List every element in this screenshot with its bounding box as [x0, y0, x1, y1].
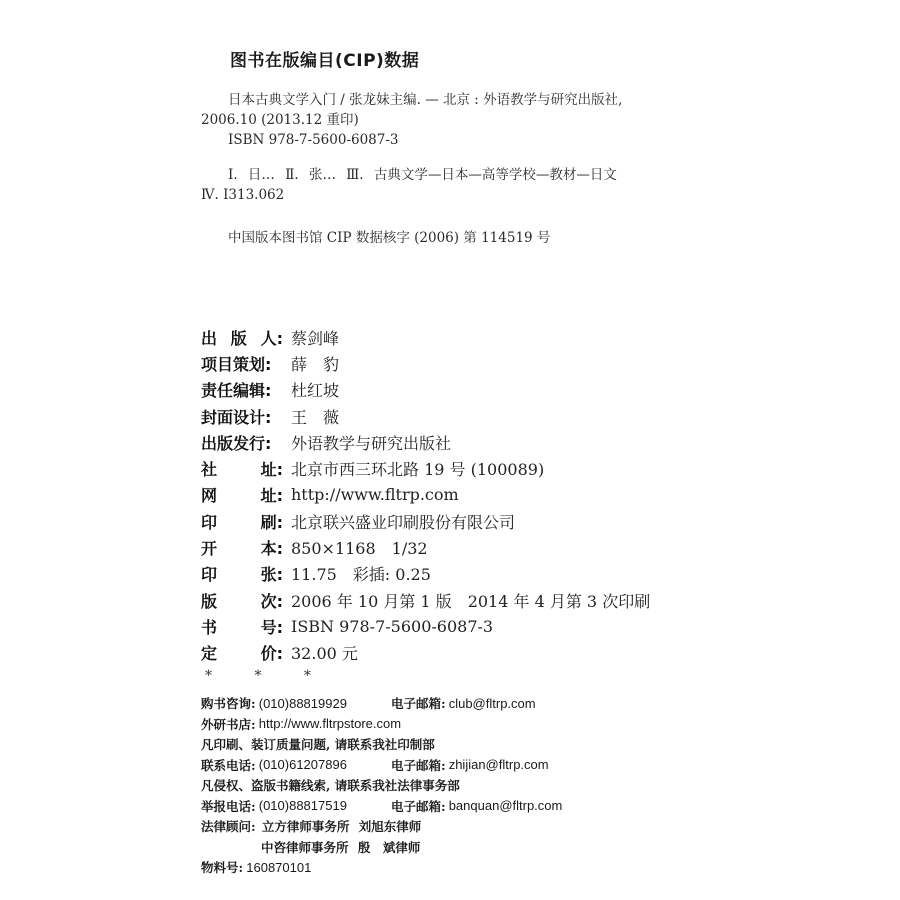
- contact-row-store: 外研书店: http://www.fltrpstore.com: [201, 714, 562, 735]
- colophon-value: 北京联兴盛业印刷股份有限公司: [291, 510, 515, 533]
- legal-lawyer: 刘旭东律师: [359, 817, 422, 835]
- contact-label: 外研书店:: [201, 715, 256, 733]
- colophon-value: 杜红坡: [291, 378, 339, 401]
- cip-isbn-line: ISBN 978-7-5600-6087-3: [201, 130, 622, 150]
- cip-check-number: 中国版本图书馆 CIP 数据核字 (2006) 第 114519 号: [201, 228, 550, 248]
- colophon-row-printer: 印刷: 北京联兴盛业印刷股份有限公司: [201, 508, 650, 534]
- contact-label: 举报电话:: [201, 797, 256, 815]
- cip-check-text: 中国版本图书馆 CIP 数据核字 (2006) 第 114519 号: [201, 228, 550, 248]
- colophon-key: 印张:: [201, 562, 283, 585]
- colophon-key: 开本:: [201, 536, 283, 559]
- quality-email-link[interactable]: zhijian@fltrp.com: [449, 757, 549, 772]
- contact-label: 电子邮箱:: [391, 797, 446, 815]
- colophon-row-format: 开本: 850×1168 1/32: [201, 534, 650, 560]
- colophon-row-distributor: 出版发行: 外语教学与研究出版社: [201, 429, 650, 455]
- colophon-key: 项目策划:: [201, 352, 291, 375]
- colophon-value: 2006 年 10 月第 1 版 2014 年 4 月第 3 次印刷: [291, 589, 650, 612]
- contact-row-quality-contact: 联系电话: (010)61207896 电子邮箱: zhijian@fltrp.…: [201, 755, 562, 776]
- colophon-value: 外语教学与研究出版社: [291, 431, 451, 454]
- colophon-key: 书号:: [201, 615, 283, 638]
- report-email-link[interactable]: banquan@fltrp.com: [449, 798, 563, 813]
- colophon-row-publisher: 出版人: 蔡剑峰: [201, 324, 650, 350]
- cip-classification-line: Ⅳ. I313.062: [201, 185, 617, 205]
- contact-label: 联系电话:: [201, 756, 256, 774]
- report-phone: (010)88817519: [259, 798, 347, 813]
- cip-description-line: 日本古典文学入门 / 张龙妹主编. — 北京 : 外语教学与研究出版社,: [201, 90, 622, 110]
- legal-lawyer: 殷 斌律师: [358, 838, 421, 856]
- legal-firm: 中咨律师事务所: [261, 838, 349, 856]
- colophon-key: 封面设计:: [201, 405, 291, 428]
- contact-row-purchase: 购书咨询: (010)88819929 电子邮箱: club@fltrp.com: [201, 693, 562, 714]
- colophon-key: 责任编辑:: [201, 378, 291, 401]
- colophon-row-price: 定价: 32.00 元: [201, 640, 650, 666]
- contact-label: 电子邮箱:: [391, 694, 446, 712]
- contact-row-material: 物料号: 160870101: [201, 857, 562, 878]
- contact-row-report: 举报电话: (010)88817519 电子邮箱: banquan@fltrp.…: [201, 796, 562, 817]
- colophon-row-cover-design: 封面设计: 王 薇: [201, 403, 650, 429]
- colophon-website-link[interactable]: http://www.fltrp.com: [291, 485, 459, 504]
- contact-info: 购书咨询: (010)88819929 电子邮箱: club@fltrp.com…: [201, 693, 562, 878]
- colophon-value: 北京市西三环北路 19 号 (100089): [291, 457, 544, 480]
- quality-notice: 凡印刷、装订质量问题, 请联系我社印制部: [201, 735, 435, 753]
- purchase-email-link[interactable]: club@fltrp.com: [449, 696, 536, 711]
- colophon-value: ISBN 978-7-5600-6087-3: [291, 617, 493, 636]
- colophon-key: 版次:: [201, 589, 283, 612]
- purchase-phone: (010)88819929: [259, 696, 347, 711]
- cip-description: 日本古典文学入门 / 张龙妹主编. — 北京 : 外语教学与研究出版社, 200…: [201, 90, 622, 150]
- cip-title: 图书在版编目(CIP)数据: [230, 46, 419, 71]
- colophon-value: 薛 豹: [291, 352, 339, 375]
- cip-classification: Ⅰ. 日… Ⅱ. 张… Ⅲ. 古典文学—日本—高等学校—教材—日文 Ⅳ. I31…: [201, 165, 617, 205]
- colophon-row-editor: 责任编辑: 杜红坡: [201, 377, 650, 403]
- cip-classification-line: Ⅰ. 日… Ⅱ. 张… Ⅲ. 古典文学—日本—高等学校—教材—日文: [201, 165, 617, 185]
- colophon-value: 蔡剑峰: [291, 326, 339, 349]
- contact-row-legal-1: 法律顾问: 立方律师事务所 刘旭东律师: [201, 816, 562, 837]
- contact-label: 购书咨询:: [201, 694, 256, 712]
- colophon-value: 11.75 彩插: 0.25: [291, 562, 431, 585]
- colophon-key: 网址:: [201, 483, 283, 506]
- quality-phone: (010)61207896: [259, 757, 347, 772]
- contact-row-legal-2: 中咨律师事务所 殷 斌律师: [201, 837, 562, 858]
- contact-label: 电子邮箱:: [391, 756, 446, 774]
- colophon-row-address: 社址: 北京市西三环北路 19 号 (100089): [201, 455, 650, 481]
- colophon-value: 王 薇: [291, 405, 339, 428]
- colophon-row-edition: 版次: 2006 年 10 月第 1 版 2014 年 4 月第 3 次印刷: [201, 587, 650, 613]
- contact-row-piracy-notice: 凡侵权、盗版书籍线索, 请联系我社法律事务部: [201, 775, 562, 796]
- colophon-row-sheets: 印张: 11.75 彩插: 0.25: [201, 561, 650, 587]
- colophon-row-isbn: 书号: ISBN 978-7-5600-6087-3: [201, 613, 650, 639]
- colophon-key: 出版人:: [201, 326, 283, 349]
- colophon-key: 定价:: [201, 641, 283, 664]
- colophon-key: 出版发行:: [201, 431, 291, 454]
- cip-description-line: 2006.10 (2013.12 重印): [201, 110, 622, 130]
- colophon-key: 印刷:: [201, 510, 283, 533]
- legal-firm: 立方律师事务所: [262, 817, 350, 835]
- colophon-key: 社址:: [201, 457, 283, 480]
- colophon-value: 850×1168 1/32: [291, 536, 428, 559]
- separator-stars: * * *: [205, 668, 311, 684]
- colophon-row-website: 网址: http://www.fltrp.com: [201, 482, 650, 508]
- contact-label: 法律顾问:: [201, 817, 256, 835]
- colophon-value: 32.00 元: [291, 641, 358, 664]
- colophon-table: 出版人: 蔡剑峰 项目策划: 薛 豹 责任编辑: 杜红坡 封面设计: 王 薇 出…: [201, 324, 650, 666]
- contact-row-quality-notice: 凡印刷、装订质量问题, 请联系我社印制部: [201, 734, 562, 755]
- colophon-row-planner: 项目策划: 薛 豹: [201, 350, 650, 376]
- piracy-notice: 凡侵权、盗版书籍线索, 请联系我社法律事务部: [201, 776, 460, 794]
- material-number: 160870101: [246, 860, 311, 875]
- contact-label: 物料号:: [201, 858, 243, 876]
- store-url-link[interactable]: http://www.fltrpstore.com: [259, 716, 401, 731]
